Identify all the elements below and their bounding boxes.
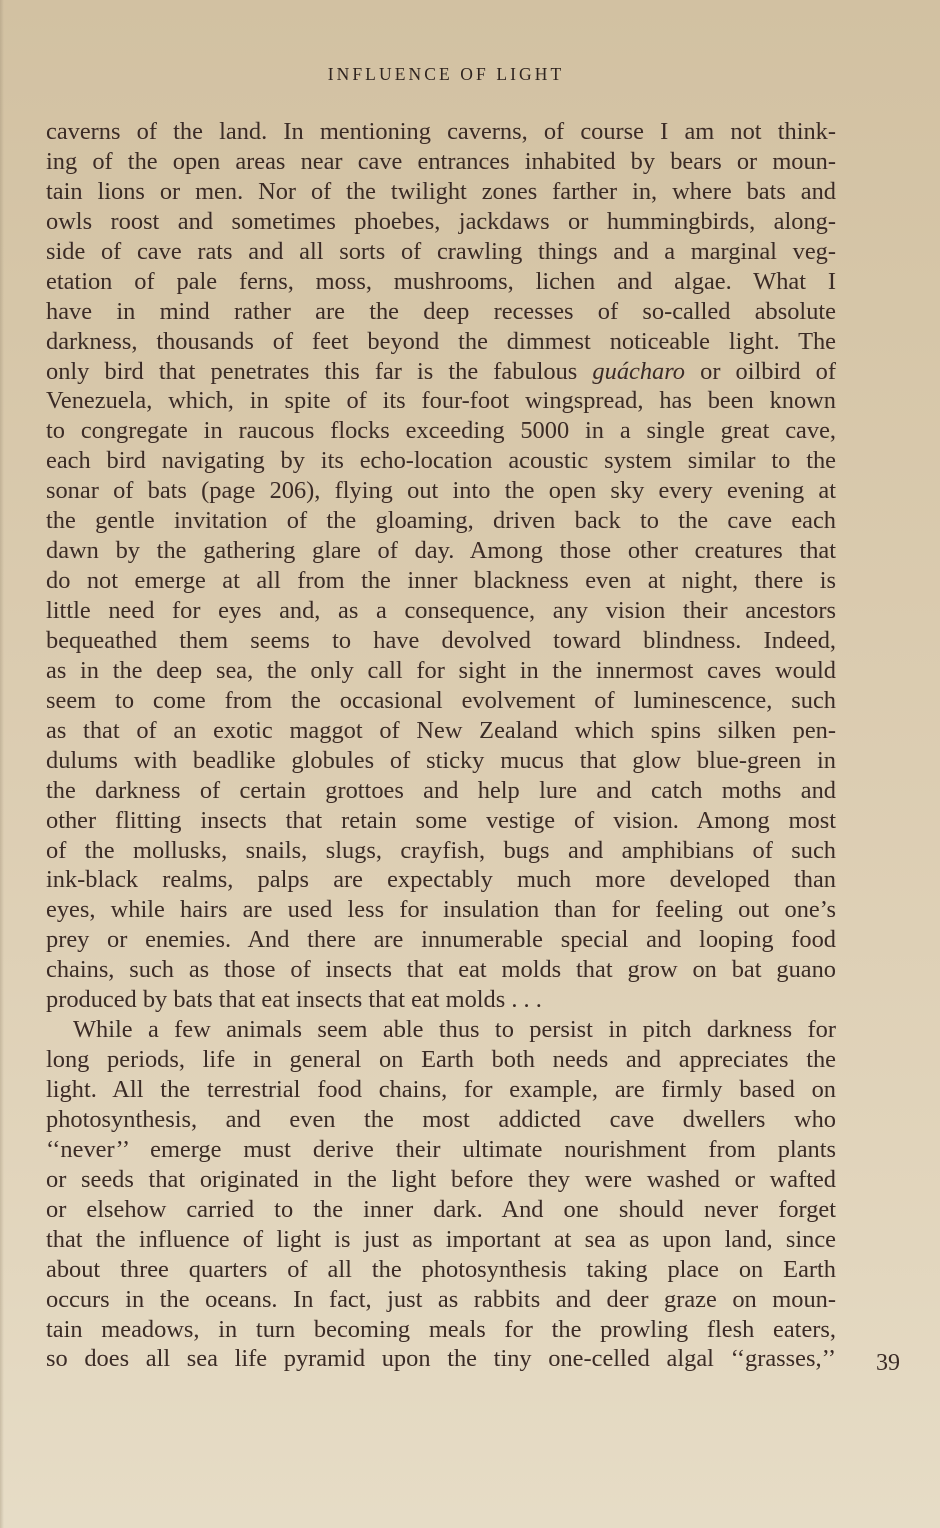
text-line: light. All the terrestrial food chains, … (46, 1075, 836, 1105)
text-line: ing of the open areas near cave entrance… (46, 147, 836, 177)
text-line: ink-black realms, palps are expectably m… (46, 865, 836, 895)
text-line: the darkness of certain grottoes and hel… (46, 776, 836, 806)
text-line: so does all sea life pyramid upon the ti… (46, 1344, 836, 1374)
text-line: the gentle invitation of the gloaming, d… (46, 506, 836, 536)
text-line: little need for eyes and, as a consequen… (46, 596, 836, 626)
page-number: 39 (876, 1348, 900, 1378)
text-line: sonar of bats (page 206), flying out int… (46, 476, 836, 506)
text-line: side of cave rats and all sorts of crawl… (46, 237, 836, 267)
text-line: darkness, thousands of feet beyond the d… (46, 327, 836, 357)
text-line: photosynthesis, and even the most addict… (46, 1105, 836, 1135)
text-line-with-italic: only bird that penetrates this far is th… (46, 357, 836, 387)
text-line: tain lions or men. Nor of the twilight z… (46, 177, 836, 207)
text-line: long periods, life in general on Earth b… (46, 1045, 836, 1075)
text-line: ‘‘never’’ emerge must derive their ultim… (46, 1135, 836, 1165)
text-line: tain meadows, in turn becoming meals for… (46, 1315, 836, 1345)
paragraph: caverns of the land. In mentioning caver… (46, 117, 836, 1015)
text-line: as in the deep sea, the only call for si… (46, 656, 836, 686)
text-line: that the influence of light is just as i… (46, 1225, 836, 1255)
text-line: or seeds that originated in the light be… (46, 1165, 836, 1195)
paragraph: While a few animals seem able thus to pe… (46, 1015, 836, 1374)
text-line: owls roost and sometimes phoebes, jackda… (46, 207, 836, 237)
text-line-indented: While a few animals seem able thus to pe… (46, 1015, 836, 1045)
text-line: produced by bats that eat insects that e… (46, 985, 836, 1015)
body-text: caverns of the land. In mentioning caver… (46, 117, 836, 1374)
italic-term-guacharo: guácharo (592, 358, 685, 385)
text-line: eyes, while hairs are used less for insu… (46, 895, 836, 925)
text-line: of the mollusks, snails, slugs, crayfish… (46, 836, 836, 866)
text-line: chains, such as those of insects that ea… (46, 955, 836, 985)
text-line: etation of pale ferns, moss, mushrooms, … (46, 267, 836, 297)
text-line: Venezuela, which, in spite of its four-f… (46, 386, 836, 416)
text-line: have in mind rather are the deep recesse… (46, 297, 836, 327)
text-line: dawn by the gathering glare of day. Amon… (46, 536, 836, 566)
text-run: or oilbird of (685, 358, 836, 385)
text-run: only bird that penetrates this far is th… (46, 358, 592, 385)
text-line: do not emerge at all from the inner blac… (46, 566, 836, 596)
text-line: or elsehow carried to the inner dark. An… (46, 1195, 836, 1225)
text-line: occurs in the oceans. In fact, just as r… (46, 1285, 836, 1315)
text-line: other flitting insects that retain some … (46, 806, 836, 836)
text-line: to congregate in raucous flocks exceedin… (46, 416, 836, 446)
running-head: INFLUENCE OF LIGHT (0, 64, 892, 85)
text-line: prey or enemies. And there are innumerab… (46, 925, 836, 955)
text-line: seem to come from the occasional evolvem… (46, 686, 836, 716)
text-line: dulums with beadlike globules of sticky … (46, 746, 836, 776)
text-line: each bird navigating by its echo-locatio… (46, 446, 836, 476)
text-line: about three quarters of all the photosyn… (46, 1255, 836, 1285)
text-line: as that of an exotic maggot of New Zeala… (46, 716, 836, 746)
text-line: caverns of the land. In mentioning caver… (46, 117, 836, 147)
text-line: bequeathed them seems to have devolved t… (46, 626, 836, 656)
page-edge-shadow (0, 0, 4, 1528)
